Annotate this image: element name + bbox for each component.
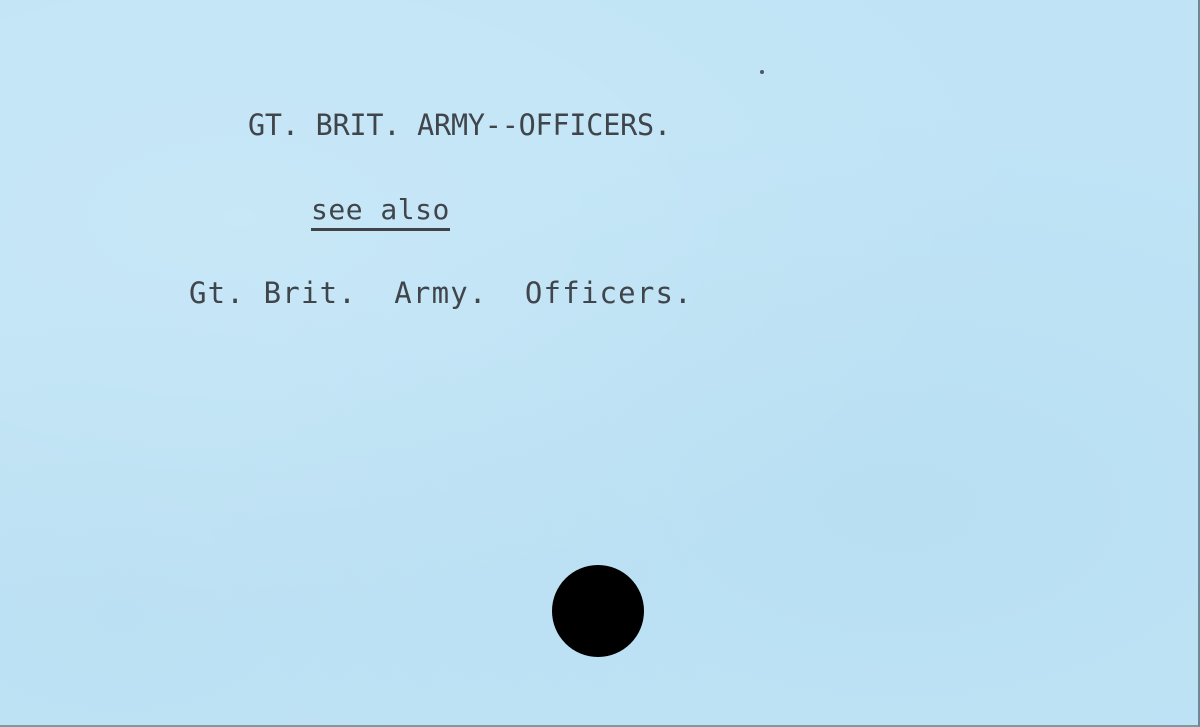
punch-hole bbox=[552, 565, 644, 657]
ink-speck bbox=[760, 70, 764, 74]
see-also-label: see also bbox=[311, 195, 450, 231]
cross-reference-heading: Gt. Brit. Army. Officers. bbox=[189, 276, 693, 310]
subject-heading: GT. BRIT. ARMY--OFFICERS. bbox=[248, 108, 671, 142]
catalog-card: GT. BRIT. ARMY--OFFICERS. see also Gt. B… bbox=[0, 0, 1200, 727]
